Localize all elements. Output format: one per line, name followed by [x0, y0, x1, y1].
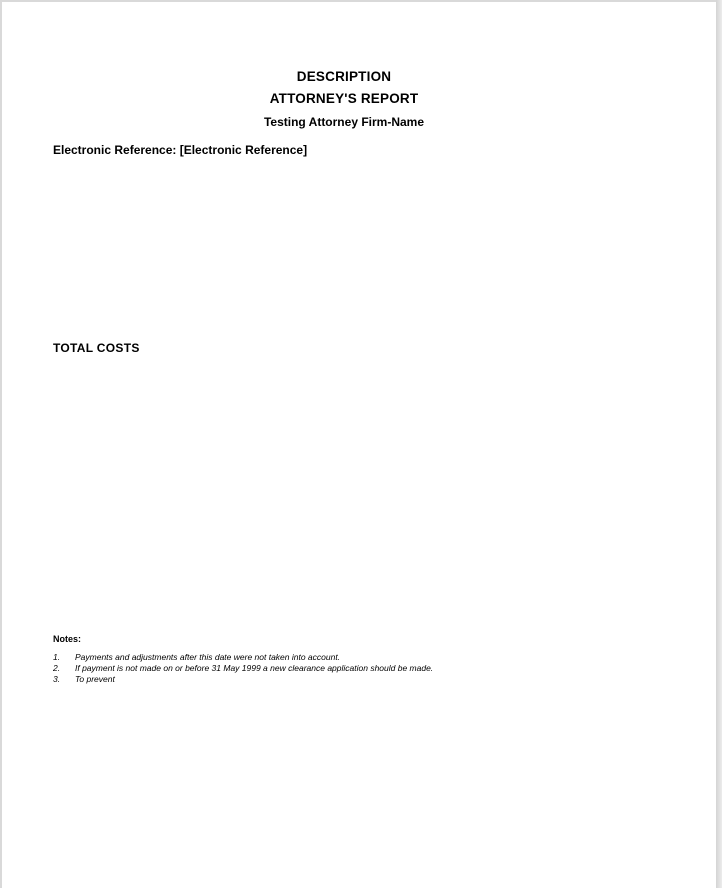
electronic-reference: Electronic Reference: [Electronic Refere… [53, 143, 307, 157]
note-text: Payments and adjustments after this date… [75, 652, 340, 663]
notes-label: Notes: [53, 634, 81, 644]
viewer-scroll-edge [716, 0, 722, 888]
total-costs-heading: TOTAL COSTS [53, 341, 140, 355]
firm-name: Testing Attorney Firm-Name [2, 115, 686, 129]
report-title: ATTORNEY'S REPORT [2, 91, 686, 106]
document-page: DESCRIPTION ATTORNEY'S REPORT Testing At… [2, 2, 716, 888]
note-item: 2. If payment is not made on or before 3… [53, 663, 433, 674]
note-item: 3. To prevent [53, 674, 433, 685]
note-text: To prevent [75, 674, 115, 685]
note-item: 1. Payments and adjustments after this d… [53, 652, 433, 663]
document-heading: DESCRIPTION [2, 69, 686, 84]
note-text: If payment is not made on or before 31 M… [75, 663, 433, 674]
note-number: 3. [53, 674, 75, 685]
note-number: 1. [53, 652, 75, 663]
notes-list: 1. Payments and adjustments after this d… [53, 652, 433, 685]
note-number: 2. [53, 663, 75, 674]
